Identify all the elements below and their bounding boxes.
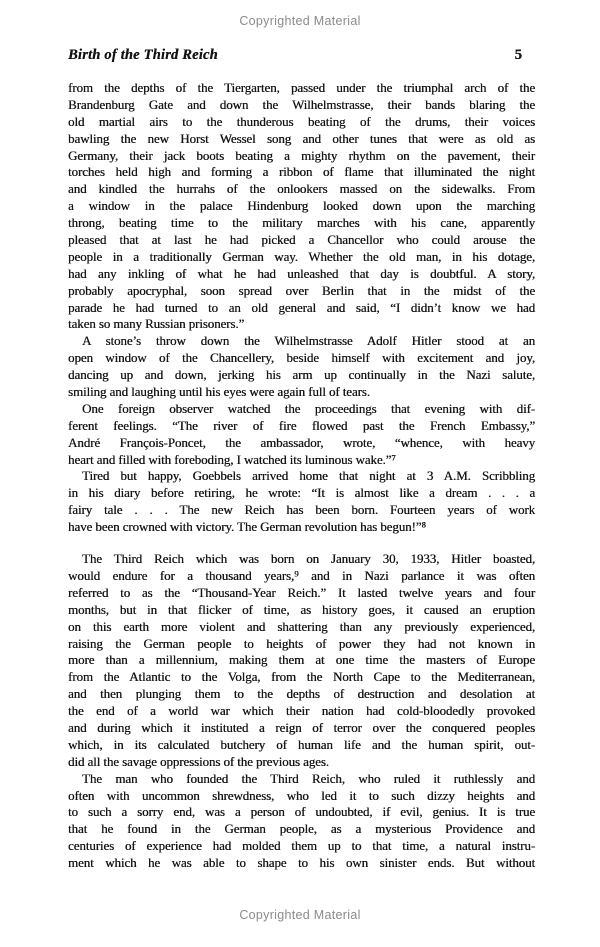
- text-line: Germany, their jack boots beating a migh…: [68, 148, 535, 165]
- text-line: torches held high and forming a ribbon o…: [68, 164, 535, 181]
- text-line: old martial airs to the thunderous beati…: [68, 114, 535, 131]
- text-line: a window in the palace Hindenburg looked…: [68, 198, 535, 215]
- text-line: and then plunging them to the depths of …: [68, 686, 535, 703]
- text-line: and kindled the hurrahs of the onlookers…: [68, 181, 535, 198]
- text-line: Tired but happy, Goebbels arrived home t…: [68, 468, 535, 485]
- text-line: often with uncommon shrewdness, who led …: [68, 788, 535, 805]
- text-line: from the Atlantic to the Volga, from the…: [68, 669, 535, 686]
- book-page-scan: { "page": { "copyright_notice_top": "Cop…: [0, 0, 600, 947]
- text-line: did all the savage oppressions of the pr…: [68, 754, 535, 771]
- paragraph: A stone’s throw down the Wilhelmstrasse …: [68, 333, 535, 401]
- text-line: open window of the Chancellery, beside h…: [68, 350, 535, 367]
- text-line: taken so many Russian prisoners.”: [68, 316, 535, 333]
- text-line: André François-Poncet, the ambassador, w…: [68, 435, 535, 452]
- text-line: months, but in that flicker of time, as …: [68, 602, 535, 619]
- paragraph: One foreign observer watched the proceed…: [68, 401, 535, 469]
- text-line: throng, beating time to the military mar…: [68, 215, 535, 232]
- text-line: from the depths of the Tiergarten, passe…: [68, 80, 535, 97]
- text-line: had any inkling of what he had unleashed…: [68, 266, 535, 283]
- chapter-title: Birth of the Third Reich: [68, 47, 218, 64]
- text-line: centuries of experience had molded them …: [68, 838, 535, 855]
- text-block: from the depths of the Tiergarten, passe…: [68, 80, 535, 872]
- text-line: smiling and laughing until his eyes were…: [68, 384, 535, 401]
- text-line: heart and filled with foreboding, I watc…: [68, 452, 535, 469]
- copyright-notice-top: Copyrighted Material: [0, 14, 600, 28]
- text-line: ferent feelings. “The river of fire flow…: [68, 418, 535, 435]
- copyright-notice-bottom: Copyrighted Material: [0, 908, 600, 922]
- text-line: the end of a world war which their natio…: [68, 703, 535, 720]
- text-line: bawling the new Horst Wessel song and ot…: [68, 131, 535, 148]
- text-line: The man who founded the Third Reich, who…: [68, 771, 535, 788]
- text-line: One foreign observer watched the proceed…: [68, 401, 535, 418]
- running-header: Birth of the Third Reich 5: [68, 47, 535, 64]
- text-line: fairy tale . . . The new Reich has been …: [68, 502, 535, 519]
- paragraph: from the depths of the Tiergarten, passe…: [68, 80, 535, 333]
- text-line: dancing up and down, jerking his arm up …: [68, 367, 535, 384]
- paragraph: The Third Reich which was born on Januar…: [68, 551, 535, 771]
- text-line: to such a sorry end, was a person of und…: [68, 804, 535, 821]
- text-line: would endure for a thousand years,⁹ and …: [68, 568, 535, 585]
- text-line: probably apocryphal, soon spread over Be…: [68, 283, 535, 300]
- text-line: raising the German people to heights of …: [68, 636, 535, 653]
- text-line: pleased that at last he had picked a Cha…: [68, 232, 535, 249]
- text-line: which, in its calculated butchery of hum…: [68, 737, 535, 754]
- text-line: on this earth more violent and shatterin…: [68, 619, 535, 636]
- text-line: have been crowned with victory. The Germ…: [68, 519, 535, 536]
- text-line: ment which he was able to shape to his o…: [68, 855, 535, 872]
- text-line: referred to as the “Thousand-Year Reich.…: [68, 585, 535, 602]
- text-line: more than a millennium, making them at o…: [68, 652, 535, 669]
- paragraph: The man who founded the Third Reich, who…: [68, 771, 535, 872]
- text-line: A stone’s throw down the Wilhelmstrasse …: [68, 333, 535, 350]
- page-number: 5: [515, 47, 536, 64]
- text-line: Brandenburg Gate and down the Wilhelmstr…: [68, 97, 535, 114]
- text-line: The Third Reich which was born on Januar…: [68, 551, 535, 568]
- text-line: and during which it instituted a reign o…: [68, 720, 535, 737]
- paragraph: Tired but happy, Goebbels arrived home t…: [68, 468, 535, 536]
- text-line: parade he had turned to an old general a…: [68, 300, 535, 317]
- text-line: people in a traditionally German way. Wh…: [68, 249, 535, 266]
- text-line: in his diary before retiring, he wrote: …: [68, 485, 535, 502]
- text-line: that he found in the German people, as a…: [68, 821, 535, 838]
